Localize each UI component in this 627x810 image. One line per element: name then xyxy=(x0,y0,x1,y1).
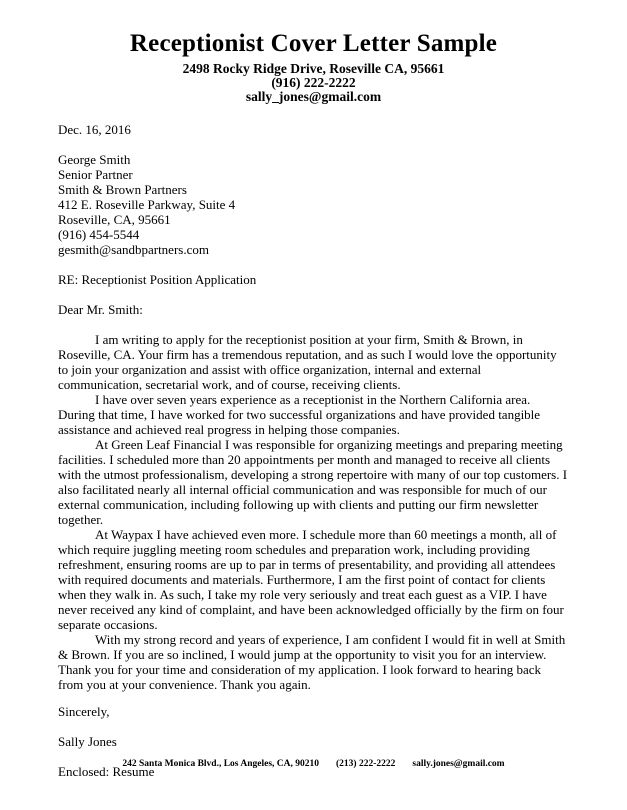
paragraph-experience: I have over seven years experience as a … xyxy=(58,392,568,437)
header-email: sally_jones@gmail.com xyxy=(0,90,627,104)
subject-line: RE: Receptionist Position Application xyxy=(58,272,568,287)
salutation: Dear Mr. Smith: xyxy=(58,302,568,317)
footer-address: 242 Santa Monica Blvd., Los Angeles, CA,… xyxy=(122,758,319,770)
closing: Sincerely, xyxy=(58,704,568,719)
paragraph-intro: I am writing to apply for the receptioni… xyxy=(58,332,568,392)
paragraph-conclusion: With my strong record and years of exper… xyxy=(58,632,568,692)
footer-email: sally.jones@gmail.com xyxy=(412,758,504,770)
paragraph-waypax: At Waypax I have achieved even more. I s… xyxy=(58,527,568,632)
recipient-address-line1: 412 E. Roseville Parkway, Suite 4 xyxy=(58,197,568,212)
header-phone: (916) 222-2222 xyxy=(0,76,627,90)
letter-date: Dec. 16, 2016 xyxy=(58,122,568,137)
cover-letter-page: Receptionist Cover Letter Sample 2498 Ro… xyxy=(0,0,627,810)
recipient-name: George Smith xyxy=(58,152,568,167)
signature-name: Sally Jones xyxy=(58,734,568,749)
recipient-job-title: Senior Partner xyxy=(58,167,568,182)
paragraph-green-leaf: At Green Leaf Financial I was responsibl… xyxy=(58,437,568,527)
recipient-email: gesmith@sandbpartners.com xyxy=(58,242,568,257)
body-paragraphs: I am writing to apply for the receptioni… xyxy=(58,332,568,692)
page-title: Receptionist Cover Letter Sample xyxy=(0,30,627,58)
recipient-block: George Smith Senior Partner Smith & Brow… xyxy=(58,152,568,257)
recipient-address-line2: Roseville, CA, 95661 xyxy=(58,212,568,227)
header-address: 2498 Rocky Ridge Drive, Roseville CA, 95… xyxy=(0,62,627,76)
letter-footer: 242 Santa Monica Blvd., Los Angeles, CA,… xyxy=(0,758,627,770)
letter-header: Receptionist Cover Letter Sample 2498 Ro… xyxy=(0,0,627,104)
recipient-company: Smith & Brown Partners xyxy=(58,182,568,197)
footer-phone: (213) 222-2222 xyxy=(336,758,395,770)
recipient-phone: (916) 454-5544 xyxy=(58,227,568,242)
letter-content: Dec. 16, 2016 George Smith Senior Partne… xyxy=(58,122,568,779)
